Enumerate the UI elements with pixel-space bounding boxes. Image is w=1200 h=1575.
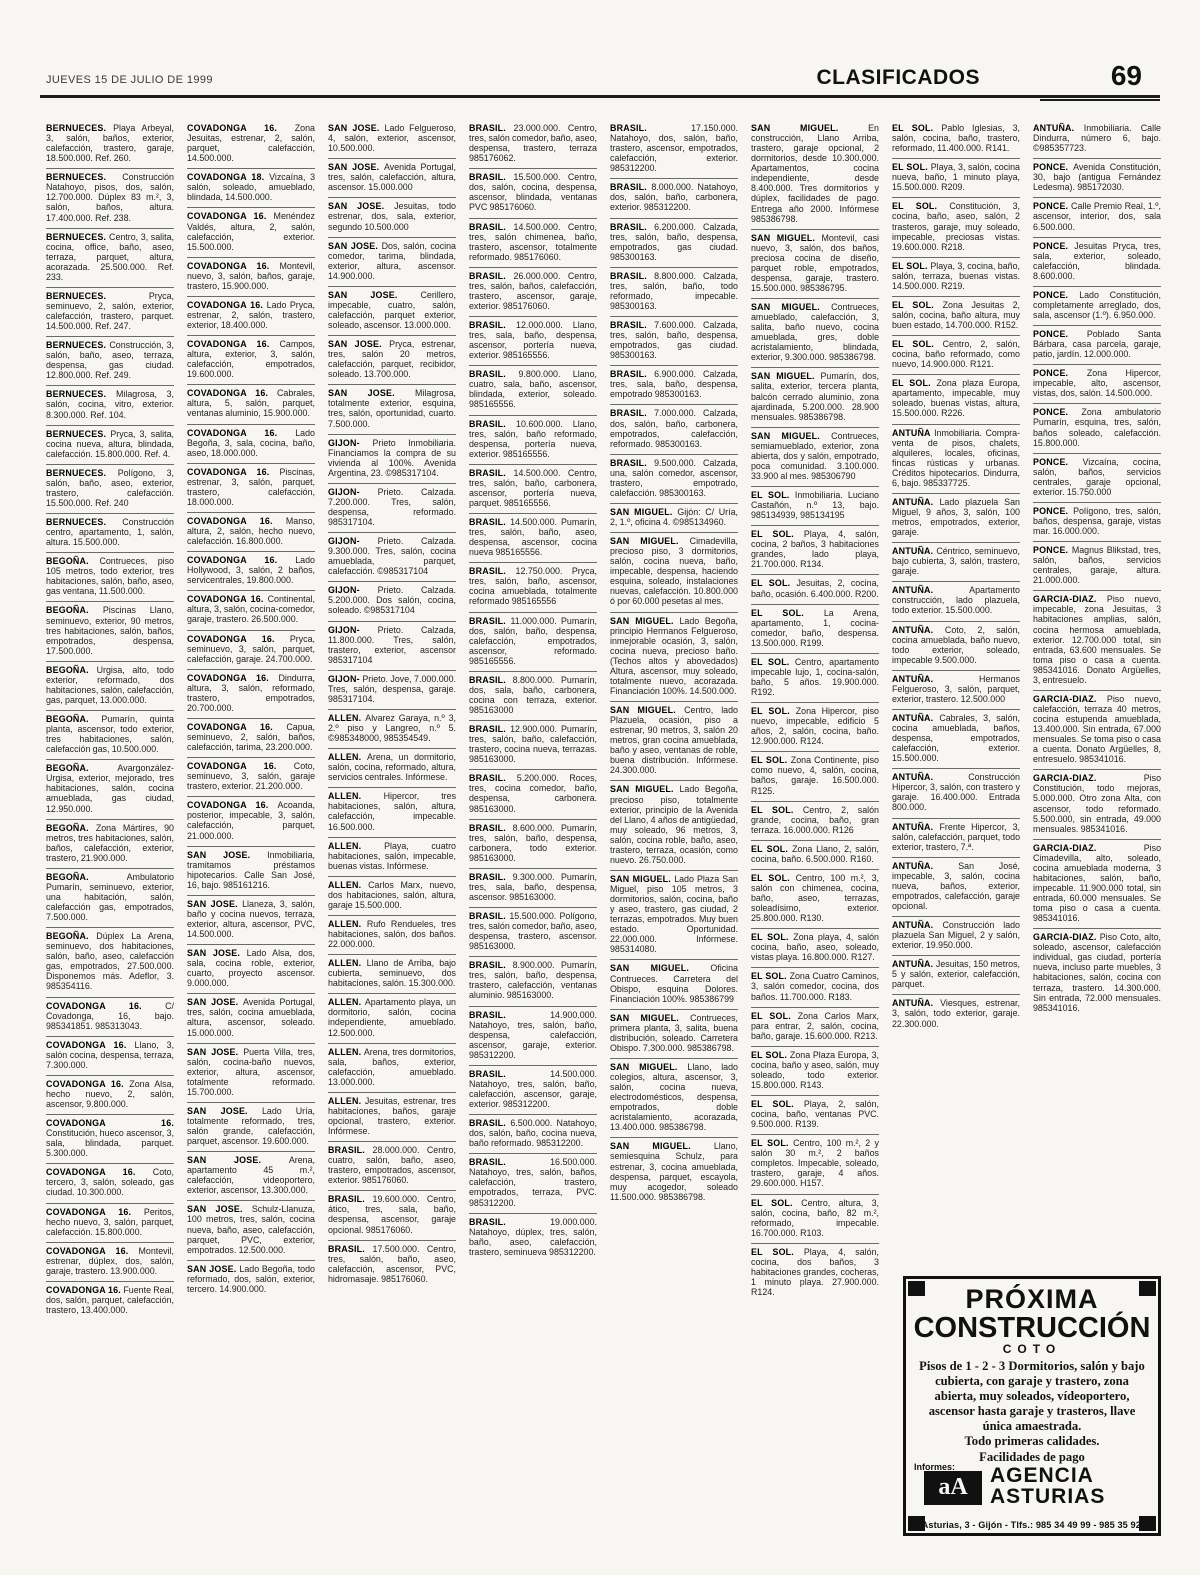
ad-location-lead: PONCE. [1033, 368, 1087, 378]
ad-location-lead: EL SOL. [892, 378, 936, 388]
classified-ad: ANTUÑA Inmobiliaria. Compra-venta de pis… [892, 425, 1020, 494]
promo-title: PRÓXIMA CONSTRUCCIÓN [906, 1286, 1158, 1343]
ad-location-lead: BRASIL. [469, 566, 516, 576]
classified-ad: SAN JOSE. Pryca, estrenar, tres, salón 2… [328, 336, 456, 385]
ad-location-lead: BEGOÑA. [46, 823, 96, 833]
classified-ad: PONCE. Polígono, tres, salón, baños, des… [1033, 503, 1161, 542]
ad-body-text: Lado Plaza San Miguel, piso 105 metros, … [610, 874, 738, 954]
classified-ad: PONCE. Magnus Blikstad, tres, salón, bañ… [1033, 542, 1161, 591]
ad-body-text: Piso Coto, alto, soleado, ascensor, cale… [1033, 932, 1161, 1012]
ad-location-lead: SAN MIGUEL. [610, 1013, 690, 1023]
column-2: COVADONGA 16. Zona Jesuitas, estrenar, 2… [187, 120, 315, 1568]
column-5: BRASIL. 17.150.000. Natahoyo, dos, salón… [610, 120, 738, 1568]
ad-body-text: Constitución, hueco ascensor, 3, sala, b… [46, 1128, 174, 1158]
ad-location-lead: BEGOÑA. [46, 931, 96, 941]
classified-ad: EL SOL. Pablo Iglesias, 3, salón, cocina… [892, 120, 1020, 159]
ad-location-lead: BRASIL. [469, 911, 509, 921]
ad-location-lead: COVADONGA 16. [187, 428, 295, 438]
ad-location-lead: SAN JOSE. [187, 948, 247, 958]
column-3: SAN JOSE. Lado Felgueroso, 4, salón, ext… [328, 120, 456, 1568]
ad-location-lead: EL SOL. [751, 1050, 790, 1060]
classified-ad: GARCIA-DIAZ. Piso nuevo, impecable, zona… [1033, 591, 1161, 691]
ad-location-lead: SAN JOSE. [187, 1106, 262, 1116]
ad-location-lead: GARCIA-DIAZ. [1033, 694, 1107, 704]
classified-ad: BRASIL. 9.300.000. Pumarín, tres, sala, … [469, 869, 597, 908]
classified-ad: GARCIA-DIAZ. Piso Constitución, todo mej… [1033, 770, 1161, 839]
ad-location-lead: EL SOL. [751, 490, 795, 500]
classified-ad: BERNUECES. Construcción centro, apartame… [46, 514, 174, 553]
ad-location-lead: EL SOL. [751, 706, 796, 716]
classified-ad: BRASIL. 8.800.000. Pumarín, dos, sala, b… [469, 672, 597, 721]
classified-ad: COVADONGA 16. Dindurra, altura, 3, salón… [187, 670, 315, 719]
ad-location-lead: BRASIL. [469, 468, 514, 478]
ad-location-lead: COVADONGA 16. [187, 211, 274, 221]
section-title: CLASIFICADOS [817, 66, 981, 90]
ad-location-lead: EL SOL. [751, 578, 796, 588]
classified-ad: EL SOL. Playa, 4, salón, cocina, dos bañ… [751, 1244, 879, 1302]
classified-ad: BRASIL. 14.500.000. Centro, tres, salón,… [469, 465, 597, 514]
classified-ad: BRASIL. 6.500.000. Natahoyo, dos, salón,… [469, 1115, 597, 1154]
classified-ad: BRASIL. 6.200.000. Calzada, tres, salón,… [610, 219, 738, 268]
ad-location-lead: COVADONGA 16. [187, 300, 267, 310]
ad-location-lead: COVADONGA 16. [187, 594, 268, 604]
classified-ad: EL SOL. Zona Hipercor, piso nuevo, impec… [751, 703, 879, 752]
classified-ad: SAN MIGUEL. Cimadevilla, precioso piso, … [610, 533, 738, 612]
classified-ad: ALLEN. Hipercor, tres habitaciones, saló… [328, 788, 456, 837]
classified-ad: ALLEN. Alvarez Garaya, n.º 3, 2.º piso y… [328, 710, 456, 749]
ad-location-lead: EL SOL. [751, 657, 795, 667]
ad-location-lead: BRASIL. [610, 408, 654, 418]
classified-ad: BRASIL. 11.000.000. Pumarín, dos, salón,… [469, 613, 597, 672]
ad-location-lead: BRASIL. [610, 222, 654, 232]
ad-location-lead: BRASIL. [610, 369, 654, 379]
ad-location-lead: SAN MIGUEL. [610, 1062, 687, 1072]
classified-ad: COVADONGA 16. Lado Pryca, estrenar, 2, s… [187, 297, 315, 336]
ad-location-lead: SAN MIGUEL. [610, 1141, 714, 1151]
classified-ad: ALLEN. Llano de Arriba, bajo cubierta, s… [328, 955, 456, 994]
ad-location-lead: COVADONGA 18. [187, 172, 269, 182]
ad-location-lead: EL SOL. [751, 932, 793, 942]
ad-location-lead: SAN JOSE. [187, 997, 243, 1007]
classified-ad: BEGOÑA. Ambulatorio Pumarín, seminuevo, … [46, 869, 174, 928]
ad-location-lead: SAN MIGUEL. [610, 536, 690, 546]
ad-location-lead: GIJON- [328, 536, 378, 546]
ad-location-lead: SAN MIGUEL. [610, 616, 680, 626]
classified-ad: BRASIL. 7.600.000. Calzada, tres, salón,… [610, 317, 738, 366]
classified-ad: COVADONGA 16. Menéndez Valdés, altura, 2… [187, 208, 315, 257]
promo-ad-box: PRÓXIMA CONSTRUCCIÓN COTO Pisos de 1 - 2… [903, 1276, 1161, 1536]
classified-ad: COVADONGA 16. Lado Begoña, 3, sala, coci… [187, 425, 315, 464]
ad-location-lead: PONCE. [1033, 329, 1087, 339]
classified-ad: COVADONGA 16. Piscinas, estrenar, 3, sal… [187, 464, 315, 513]
classified-ad: COVADONGA 16. Constitución, hueco ascens… [46, 1115, 174, 1164]
classified-ad: SAN MIGUEL. Contrueces, primera planta, … [610, 1010, 738, 1059]
ad-location-lead: SAN MIGUEL. [751, 123, 868, 133]
ad-location-lead: EL SOL. [751, 1198, 801, 1208]
ad-location-lead: BRASIL. [328, 1194, 373, 1204]
classified-ad: SAN JOSE. Cerillero, impecable, cuatro, … [328, 287, 456, 336]
classified-ad: PONCE. Vizcaína, cocina, salón, baños, s… [1033, 454, 1161, 503]
ad-location-lead: COVADONGA 16. [46, 1040, 135, 1050]
classified-ad: SAN MIGUEL. Montevil, casi nuevo, 3, sal… [751, 230, 879, 299]
classified-ad: SAN JOSE. Dos, salón, cocina comedor, ta… [328, 238, 456, 287]
classified-ad: BRASIL. 9.800.000. Llano, cuatro, sala, … [469, 366, 597, 415]
ad-location-lead: PONCE. [1033, 241, 1074, 251]
ad-location-lead: SAN JOSE. [187, 1155, 289, 1165]
classified-ad: SAN MIGUEL. Contrueces, amueblado, calef… [751, 299, 879, 368]
promo-title-line1: PRÓXIMA [965, 1284, 1098, 1314]
classified-ad: BRASIL. 14.500.000. Centro, tres, salón … [469, 219, 597, 268]
agency-asturias-logo-icon: aA [924, 1471, 982, 1505]
classified-ad: BRASIL. 6.900.000. Calzada, tres, sala, … [610, 366, 738, 405]
classified-ad: GARCIA-DIAZ. Piso Cimadevilla, alto, sol… [1033, 840, 1161, 930]
classified-ad: EL SOL. Inmobiliaria. Luciano Castañón, … [751, 487, 879, 526]
classified-ad: ANTUÑA. Lado plazuela San Miguel, 9 años… [892, 494, 1020, 543]
ad-body-text: Piso nuevo, calefacción, terraza 40 metr… [1033, 694, 1161, 764]
ad-location-lead: ALLEN. [328, 997, 365, 1007]
classified-ad: COVADONGA 16. Acoanda, posterior, impeca… [187, 797, 315, 846]
promo-address-phones: C/ Asturias, 3 - Gijón - Tlfs.: 985 34 4… [906, 1520, 1158, 1530]
ad-body-text: Llano, lado colegios, altura, ascensor, … [610, 1062, 738, 1132]
classified-ad: BERNUECES. Construcción, 3, salón, baño,… [46, 337, 174, 386]
ad-location-lead: ANTUÑA. [892, 861, 958, 871]
ad-location-lead: COVADONGA 16. [187, 388, 277, 398]
classified-ad: EL SOL. Playa, 3, salón, cocina nueva, b… [892, 159, 1020, 198]
promo-agency-name: AGENCIA ASTURIAS [990, 1465, 1158, 1507]
classified-ad: ANTUÑA. Inmobiliaria. Calle Dindurra, nú… [1033, 120, 1161, 159]
ad-location-lead: COVADONGA 16. [46, 1167, 153, 1177]
ad-location-lead: ANTUÑA. [892, 713, 939, 723]
ad-location-lead: BRASIL. [469, 222, 514, 232]
classified-ad: ANTUÑA. Céntrico, seminuevo, bajo cubier… [892, 543, 1020, 582]
ad-body-text: Piso nuevo, impecable, zona Jesuitas, 3 … [1033, 594, 1161, 685]
classified-ad: SAN JOSE. Lado Felgueroso, 4, salón, ext… [328, 120, 456, 159]
classified-ad: SAN MIGUEL. Llano, lado colegios, altura… [610, 1059, 738, 1138]
classified-ad: ALLEN. Playa, cuatro habitaciones, salón… [328, 838, 456, 877]
ad-location-lead: BEGOÑA. [46, 665, 97, 675]
ad-location-lead: SAN MIGUEL. [751, 233, 822, 243]
classified-ad: GIJON- Prieto. Calzada. 7.200.000. Tres,… [328, 484, 456, 533]
ad-location-lead: BERNUECES. [46, 429, 110, 439]
classified-ad: EL SOL. Zona playa, 4, salón cocina, bañ… [751, 929, 879, 968]
classified-ad: BRASIL. 14.500.000. Pumarín, tres, salón… [469, 514, 597, 563]
masthead-rule-right [1040, 99, 1160, 101]
ad-location-lead: BRASIL. [469, 1118, 510, 1128]
ad-location-lead: EL SOL. [751, 971, 790, 981]
classified-ad: SAN JOSE. Avenida Portugal, tres, salón,… [187, 994, 315, 1043]
ad-location-lead: BRASIL. [469, 320, 516, 330]
classified-ad: ALLEN. Carlos Marx, nuevo, dos habitacio… [328, 877, 456, 916]
ad-location-lead: COVADONGA 16. [187, 467, 279, 477]
classified-ad: BRASIL. 26.000.000. Centro, tres, salón,… [469, 268, 597, 317]
classified-ad: COVADONGA 16. Lado Hollywood, 3, salón, … [187, 552, 315, 591]
classified-ad: PONCE. Avenida Constitución, 30, bajo (a… [1033, 159, 1161, 198]
ad-location-lead: BRASIL. [469, 960, 513, 970]
classified-ad: SAN JOSE. Schulz-Llanuza, 100 metros, tr… [187, 1201, 315, 1260]
classified-ad: BEGOÑA. Zona Mártires, 90 metros, tres h… [46, 820, 174, 869]
ad-location-lead: BRASIL. [469, 1217, 550, 1227]
classified-ad: EL SOL. Centro, altura, 3, salón, cocina… [751, 1195, 879, 1244]
ad-location-lead: BERNUECES. [46, 123, 113, 133]
ad-location-lead: EL SOL. [751, 844, 792, 854]
classified-ad: BERNUECES. Polígono, 3, salón, baño, ase… [46, 465, 174, 514]
ad-location-lead: GIJON- [328, 625, 378, 635]
classified-ad: SAN JOSE. Jesuitas, todo estrenar, dos, … [328, 198, 456, 237]
ad-location-lead: EL SOL. [751, 873, 796, 883]
classified-ad: ALLEN. Apartamento playa, un dormitorio,… [328, 994, 456, 1043]
classified-ad: EL SOL. Jesuitas, 2, cocina, baño, ocasi… [751, 575, 879, 604]
classified-ad: BRASIL. 19.000.000. Natahoyo, dúplex, tr… [469, 1214, 597, 1262]
classified-ad: SAN MIGUEL. Lado Plaza San Miguel, piso … [610, 871, 738, 961]
ad-location-lead: SAN MIGUEL. [610, 784, 680, 794]
classified-ad: BERNUECES. Playa Arbeyal, 3, salón, baño… [46, 120, 174, 169]
ad-location-lead: BRASIL. [469, 773, 517, 783]
ad-location-lead: GARCIA-DIAZ. [1033, 932, 1100, 942]
classified-ad: SAN MIGUEL. Llano, semiesquina Schulz, p… [610, 1138, 738, 1206]
ad-location-lead: COVADONGA 16. [187, 339, 279, 349]
ad-location-lead: BERNUECES. [46, 517, 122, 527]
classified-ad: BEGOÑA. Contrueces, piso 105 metros, tod… [46, 553, 174, 602]
classified-ad: BRASIL. 14.500.000. Natahoyo, tres, saló… [469, 1066, 597, 1115]
classified-ad: SAN MIGUEL. Gijón: C/ Uría, 2, 1.º, ofic… [610, 504, 738, 533]
ad-location-lead: SAN MIGUEL. [610, 963, 710, 973]
classified-ad: ALLEN. Arena, tres dormitorios, sala, ba… [328, 1044, 456, 1093]
ad-location-lead: BEGOÑA. [46, 872, 127, 882]
classified-ad: BERNUECES. Milagrosa, 3, salón, cocina, … [46, 386, 174, 425]
ad-location-lead: EL SOL. [751, 608, 824, 618]
classified-ad: SAN JOSE. Milagrosa, totalmente exterior… [328, 385, 456, 434]
ad-location-lead: BERNUECES. [46, 172, 122, 182]
ad-location-lead: ANTUÑA. [892, 625, 945, 635]
classified-ad: ANTUÑA. Apartamento construcción, lado p… [892, 582, 1020, 621]
classified-ad: EL SOL. Zona Plaza Europa, 3, cocina, ba… [751, 1047, 879, 1096]
classified-ad: BRASIL. 10.600.000. Llano, tres, salón, … [469, 416, 597, 465]
masthead-rule [40, 95, 1160, 98]
ad-location-lead: SAN JOSE. [187, 850, 267, 860]
ad-location-lead: ANTUÑA. [1033, 123, 1084, 133]
ad-location-lead: ALLEN. [328, 919, 367, 929]
ad-location-lead: EL SOL. [892, 201, 949, 211]
classified-ad: BRASIL. 12.750.000. Pryca, tres, salón, … [469, 563, 597, 612]
classified-ad: SAN JOSE. Inmobiliaria, tramitamos prést… [187, 847, 315, 896]
classified-ad: COVADONGA 16. Coto, tercero, 3, salón, s… [46, 1164, 174, 1203]
classified-ad: ANTUÑA. Viesques, estrenar, 3, salón, to… [892, 995, 1020, 1033]
classified-ad: SAN JOSE. Llaneza, 3, salón, baño y coci… [187, 896, 315, 945]
classified-ad: BRASIL. 23.000.000. Centro, tres, salón … [469, 120, 597, 169]
ad-location-lead: GARCIA-DIAZ. [1033, 773, 1144, 783]
classified-ad: SAN MIGUEL. En construcción, Llano Arrib… [751, 120, 879, 230]
classified-ad: BRASIL. 12.000.000. Llano, tres, sala, b… [469, 317, 597, 366]
classified-ad: ALLEN. Jesuitas, estrenar, tres habitaci… [328, 1093, 456, 1142]
ad-location-lead: BRASIL. [469, 172, 514, 182]
ad-location-lead: SAN MIGUEL. [610, 705, 684, 715]
date-line: JUEVES 15 DE JULIO DE 1999 [46, 74, 213, 86]
ad-location-lead: EL SOL. [892, 300, 943, 310]
ad-location-lead: GIJON- [328, 674, 362, 684]
classified-ad: EL SOL. Zona Cuatro Caminos, 3, salón co… [751, 968, 879, 1007]
ad-location-lead: ALLEN. [328, 880, 368, 890]
ad-location-lead: EL SOL. [892, 339, 943, 349]
ad-location-lead: GIJON- [328, 438, 372, 448]
classified-ad: BEGOÑA. Dúplex La Arena, seminuevo, dos … [46, 928, 174, 997]
classified-ad: BRASIL. 19.600.000. Centro, ático, tres,… [328, 1191, 456, 1240]
classified-ad: SAN JOSE. Puerta Villa, tres, salón, coc… [187, 1044, 315, 1103]
ad-body-text: Piso Cimadevilla, alto, soleado, cocina … [1033, 843, 1161, 923]
ad-location-lead: ANTUÑA. [892, 546, 936, 556]
classified-ad: PONCE. Jesuitas Pryca, tres, sala, exter… [1033, 238, 1161, 287]
classified-ad: SAN JOSE. Lado Uría, totalmente reformad… [187, 1103, 315, 1152]
ad-location-lead: SAN JOSE. [328, 201, 394, 211]
ad-location-lead: SAN JOSE. [328, 241, 382, 251]
ad-location-lead: GIJON- [328, 487, 378, 497]
classified-ad: COVADONGA 16. Fuente Real, dos, salón, p… [46, 1282, 174, 1320]
ad-location-lead: SAN MIGUEL. [751, 431, 831, 441]
classified-ad: ANTUÑA. Construcción lado plazuela San M… [892, 917, 1020, 956]
classified-ad: EL SOL. Zona Carlos Marx, para entrar, 2… [751, 1008, 879, 1047]
ad-location-lead: EL SOL. [751, 529, 804, 539]
ad-location-lead: BRASIL. [469, 675, 513, 685]
ad-location-lead: BRASIL. [469, 123, 514, 133]
classified-ad: BRASIL. 17.150.000. Natahoyo, dos, salón… [610, 120, 738, 179]
classified-ad: GIJON- Prieto Inmobiliaria. Financiamos … [328, 435, 456, 484]
classified-ad: COVADONGA 16. Montevil, nuevo, 3, salón,… [187, 258, 315, 297]
classified-ad: ALLEN. Arena, un dormitorio, salón, coci… [328, 749, 456, 788]
ad-location-lead: SAN JOSE. [187, 1047, 243, 1057]
ad-location-lead: ALLEN. [328, 752, 367, 762]
classified-ad: BEGOÑA. Piscinas Llano, seminuevo, exter… [46, 602, 174, 661]
ad-location-lead: SAN JOSE. [328, 388, 415, 398]
classified-ad: BRASIL. 8.600.000. Pumarín, tres, salón,… [469, 820, 597, 869]
classified-ad: BERNUECES. Centro, 3, salita, cocina, of… [46, 229, 174, 288]
promo-corner-icon [1139, 1281, 1156, 1296]
ad-location-lead: ALLEN. [328, 713, 365, 723]
ad-location-lead: ANTUÑA. [892, 497, 939, 507]
ad-location-lead: EL SOL. [892, 123, 941, 133]
ad-location-lead: ANTUÑA. [892, 772, 968, 782]
classified-ad: ANTUÑA. Hermanos Felgueroso, 3, salón, p… [892, 671, 1020, 710]
classified-ad: COVADONGA 18. Vizcaína, 3 salón, soleado… [187, 169, 315, 208]
ad-location-lead: ANTUÑA. [892, 920, 942, 930]
ad-location-lead: BERNUECES. [46, 232, 109, 242]
classified-ad: EL SOL. Playa, 3, cocina, baño, salón, t… [892, 258, 1020, 297]
ad-location-lead: PONCE. [1033, 545, 1072, 555]
ad-location-lead: BRASIL. [469, 369, 518, 379]
ad-location-lead: EL SOL. [751, 755, 791, 765]
classified-ad: BRASIL. 5.200.000. Roces, tres, cocina c… [469, 770, 597, 819]
classified-ad: BERNUECES. Pryca, seminuevo, 2, salón, e… [46, 288, 174, 337]
classified-ad: BERNUECES. Pryca, 3, salita, cocina nuev… [46, 426, 174, 465]
ad-location-lead: ANTUÑA. [892, 959, 936, 969]
ad-location-lead: COVADONGA 16. [187, 722, 286, 732]
ad-location-lead: EL SOL. [892, 261, 930, 271]
classified-ad: SAN MIGUEL. Lado Begoña, principio Herma… [610, 613, 738, 703]
classified-ad: COVADONGA 16. Cabrales, altura, 5, salón… [187, 385, 315, 424]
ad-location-lead: GIJON- [328, 585, 378, 595]
ad-location-lead: PONCE. [1033, 290, 1079, 300]
classified-ad: ANTUÑA. Cabrales, 3, salón, cocina amueb… [892, 710, 1020, 769]
classified-ad: EL SOL. Centro, 100 m.², 2 y salón 30 m.… [751, 1135, 879, 1194]
ad-location-lead: COVADONGA 16. [187, 261, 279, 271]
classified-ad: EL SOL. Centro, 2, salón grande, cocina,… [751, 802, 879, 841]
ad-location-lead: ALLEN. [328, 791, 384, 801]
ad-location-lead: BRASIL. [469, 1157, 550, 1167]
classified-ad: EL SOL. Zona Jesuitas 2, salón, cocina, … [892, 297, 1020, 336]
classified-ad: GARCIA-DIAZ. Piso Coto, alto, soleado, a… [1033, 929, 1161, 1018]
ad-location-lead: BEGOÑA. [46, 763, 117, 773]
ad-location-lead: BRASIL. [469, 724, 510, 734]
ad-location-lead: BEGOÑA. [46, 556, 99, 566]
classified-ad: SAN MIGUEL. Contrueces, semiamueblado, e… [751, 428, 879, 487]
ad-location-lead: COVADONGA 16. [187, 123, 295, 133]
ad-location-lead: SAN MIGUEL. [751, 302, 831, 312]
classified-ad: COVADONGA 16. Coto, seminuevo, 3, salón,… [187, 758, 315, 797]
ad-location-lead: BRASIL. [469, 1069, 550, 1079]
ad-location-lead: SAN MIGUEL. [610, 874, 674, 884]
ad-location-lead: SAN JOSE. [328, 123, 385, 133]
ad-location-lead: SAN JOSE. [187, 1264, 239, 1274]
ad-location-lead: BRASIL. [328, 1244, 373, 1254]
ad-location-lead: BEGOÑA. [46, 605, 103, 615]
ad-body-text: Cimadevilla, precioso piso, 3 dormitorio… [610, 536, 738, 606]
classified-ad: SAN JOSE. Lado Begoña, todo reformado, d… [187, 1261, 315, 1299]
ad-body-text: Lado Begoña, principio Hermanos Felguero… [610, 616, 738, 696]
classified-ad: BEGOÑA. Avargonzález-Urgisa, exterior, m… [46, 760, 174, 819]
promo-subtitle: COTO [906, 1342, 1158, 1356]
ad-location-lead: PONCE. [1033, 201, 1071, 211]
promo-quality-line: Todo primeras calidades. [906, 1434, 1158, 1449]
ad-location-lead: EL SOL. [892, 162, 931, 172]
classified-ad: SAN JOSE. Avenida Portugal, tres, salón,… [328, 159, 456, 198]
ad-location-lead: SAN JOSE. [328, 290, 420, 300]
classified-ad: COVADONGA 16. Pryca, seminuevo, 3, salón… [187, 631, 315, 670]
ad-location-lead: ALLEN. [328, 1047, 364, 1057]
ad-location-lead: ALLEN. [328, 958, 367, 968]
classified-ad: SAN MIGUEL. Centro, lado Plazuela, ocasi… [610, 702, 738, 781]
ad-location-lead: BRASIL. [610, 271, 654, 281]
ad-location-lead: BERNUECES. [46, 340, 109, 350]
ad-location-lead: BRASIL. [469, 872, 513, 882]
classified-ad: BRASIL. 14.900.000. Natahoyo, tres, saló… [469, 1007, 597, 1066]
ad-location-lead: ALLEN. [328, 1096, 365, 1106]
classified-ad: ALLEN. Rufo Rendueles, tres habitaciones… [328, 916, 456, 955]
ad-location-lead: COVADONGA 16. [46, 1118, 174, 1128]
classified-ad: SAN MIGUEL. Lado Begoña, precioso piso, … [610, 781, 738, 871]
ad-location-lead: ANTUÑA [892, 428, 934, 438]
classified-ad: PONCE. Calle Premio Real, 1.º, ascensor,… [1033, 198, 1161, 237]
classified-ad: EL SOL. Centro, 2, salón, cocina, baño r… [892, 336, 1020, 375]
ad-location-lead: EL SOL. [751, 1011, 798, 1021]
ad-location-lead: BRASIL. [610, 182, 651, 192]
classified-ad: COVADONGA 16. Campos, altura, exterior, … [187, 336, 315, 385]
column-6: SAN MIGUEL. En construcción, Llano Arrib… [751, 120, 879, 1568]
classified-ad: PONCE. Poblado Santa Bárbara, casa parce… [1033, 326, 1161, 365]
ad-location-lead: ANTUÑA. [892, 998, 940, 1008]
ad-location-lead: COVADONGA 16. [187, 516, 286, 526]
ad-location-lead: COVADONGA 16. [187, 555, 295, 565]
classified-ad: BRASIL. 7.000.000. Calzada, dos, salón, … [610, 405, 738, 454]
classified-ad: EL SOL. La Arena, apartamento, 1, cocina… [751, 605, 879, 654]
ad-location-lead: SAN JOSE. [187, 1204, 252, 1214]
ad-location-lead: SAN MIGUEL. [610, 507, 677, 517]
classified-ad: BERNUECES. Construcción Natahoyo, pisos,… [46, 169, 174, 228]
classified-ad: EL SOL. Zona Continente, piso como nuevo… [751, 752, 879, 801]
classified-ad: EL SOL. Centro, 100 m.², 3, salón con ch… [751, 870, 879, 929]
classified-ad: BRASIL. 17.500.000. Centro, tres, salón,… [328, 1241, 456, 1289]
classified-ad: BRASIL. 28.000.000. Centro, cuatro, saló… [328, 1142, 456, 1191]
ad-location-lead: COVADONGA 16. [46, 1001, 165, 1011]
classified-ad: SAN JOSE. Arena, apartamento 45 m.², cal… [187, 1152, 315, 1201]
ad-location-lead: SAN MIGUEL. [751, 371, 821, 381]
